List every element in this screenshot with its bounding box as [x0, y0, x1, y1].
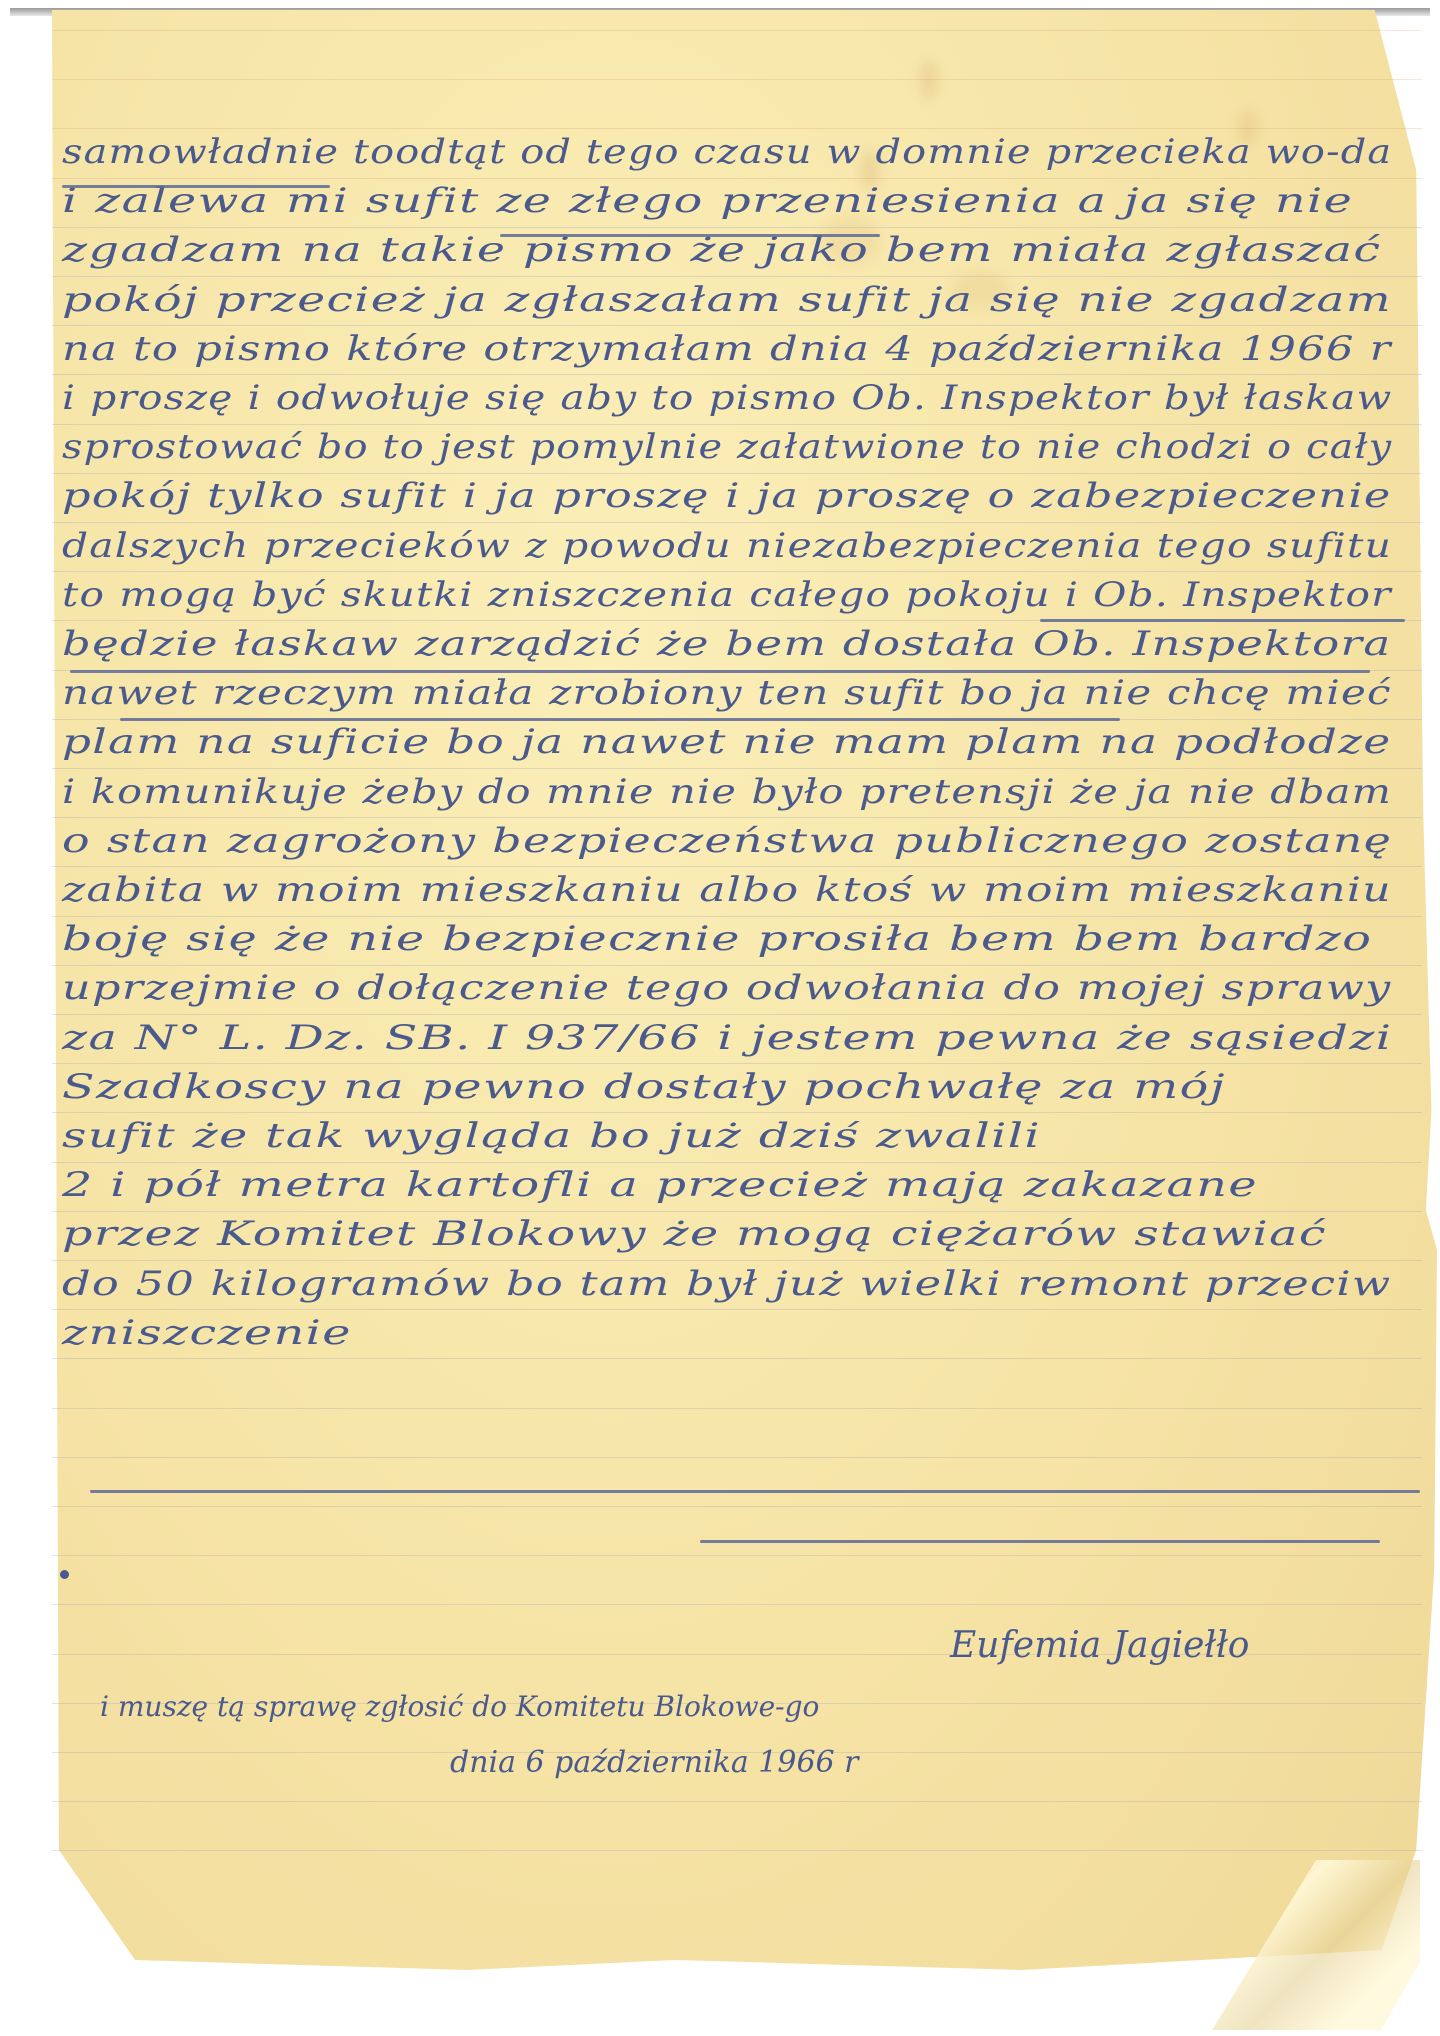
date-line: dnia 6 października 1966 r: [450, 1745, 859, 1780]
underline: [70, 670, 1370, 673]
letter-line: sprostować bo to jest pomylnie załatwion…: [62, 427, 1392, 467]
letter-line: zniszczenie: [62, 1313, 352, 1353]
ruled-line: [52, 374, 1422, 375]
ruled-line: [52, 1112, 1422, 1113]
ruled-line: [52, 325, 1422, 326]
ruled-line: [52, 30, 1422, 31]
underline: [62, 185, 330, 188]
letter-line: przez Komitet Blokowy że mogą ciężarów s…: [62, 1214, 1327, 1254]
ruled-line: [52, 473, 1422, 474]
letter-line: za N° L. Dz. SB. I 937/66 i jestem pewna…: [62, 1018, 1392, 1058]
letter-line: nawet rzeczym miała zrobiony ten sufit b…: [62, 673, 1392, 713]
ruled-line: [52, 1801, 1422, 1802]
ruled-line: [52, 817, 1422, 818]
letter-line: na to pismo które otrzymałam dnia 4 paźd…: [62, 329, 1392, 369]
ruled-line: [52, 866, 1422, 867]
letter-line: Szadkoscy na pewno dostały pochwałę za m…: [62, 1067, 1226, 1107]
letter-line: zabita w moim mieszkaniu albo ktoś w moi…: [62, 870, 1392, 910]
ruled-line: [52, 1408, 1422, 1409]
letter-line: boję się że nie bezpiecznie prosiła bem …: [62, 919, 1372, 959]
ruled-line: [52, 1162, 1422, 1163]
letter-line: sufit że tak wygląda bo już dziś zwalili: [62, 1116, 1041, 1156]
letter-line: i komunikuje żeby do mnie nie było prete…: [62, 772, 1392, 812]
ruled-line: [52, 916, 1422, 917]
ruled-line: [52, 128, 1422, 129]
underline: [90, 1490, 1420, 1493]
letter-line: będzie łaskaw zarządzić że bem dostała O…: [62, 624, 1391, 664]
ruled-line: [52, 1211, 1422, 1212]
letter-line: samowładnie toodtąt od tego czasu w domn…: [62, 132, 1392, 172]
letter-line: 2 i pół metra kartofli a przecież mają z…: [62, 1165, 1258, 1205]
letter-line: uprzejmie o dołączenie tego odwołania do…: [62, 968, 1392, 1008]
underline: [500, 234, 880, 237]
letter-line: do 50 kilogramów bo tam był już wielki r…: [62, 1264, 1391, 1304]
ruled-line: [52, 1555, 1422, 1556]
ruled-line: [52, 424, 1422, 425]
ruled-line: [52, 768, 1422, 769]
ruled-line: [52, 276, 1422, 277]
letter-line: pokój przecież ja zgłaszałam sufit ja si…: [62, 280, 1392, 320]
ruled-line: [52, 1309, 1422, 1310]
closing-line: i muszę tą sprawę zgłosić do Komitetu Bl…: [100, 1690, 819, 1723]
ruled-line: [52, 178, 1422, 179]
ruled-line: [52, 79, 1422, 80]
underline: [700, 1540, 1380, 1543]
underline: [120, 718, 1120, 721]
ruled-line: [52, 1457, 1422, 1458]
ruled-line: [52, 965, 1422, 966]
ink-dot: [60, 1570, 69, 1579]
ruled-line: [52, 1063, 1422, 1064]
underline: [1040, 619, 1405, 622]
letter-line: to mogą być skutki zniszczenia całego po…: [62, 575, 1392, 615]
letter-line: dalszych przecieków z powodu niezabezpie…: [62, 526, 1392, 566]
letter-line: i proszę i odwołuje się aby to pismo Ob.…: [62, 378, 1393, 418]
ruled-line: [52, 522, 1422, 523]
letter-line: plam na suficie bo ja nawet nie mam plam…: [62, 722, 1391, 762]
ruled-line: [52, 1850, 1422, 1851]
letter-line: o stan zagrożony bezpieczeństwa publiczn…: [62, 821, 1392, 861]
ruled-line: [52, 1260, 1422, 1261]
ruled-line: [52, 571, 1422, 572]
ruled-line: [52, 1506, 1422, 1507]
letter-line: pokój tylko sufit i ja proszę i ja prosz…: [62, 476, 1392, 516]
signature: Eufemia Jagiełło: [950, 1625, 1249, 1666]
ruled-line: [52, 1358, 1422, 1359]
ruled-line: [52, 227, 1422, 228]
stain: [920, 60, 938, 100]
ruled-line: [52, 1014, 1422, 1015]
ruled-line: [52, 1604, 1422, 1605]
